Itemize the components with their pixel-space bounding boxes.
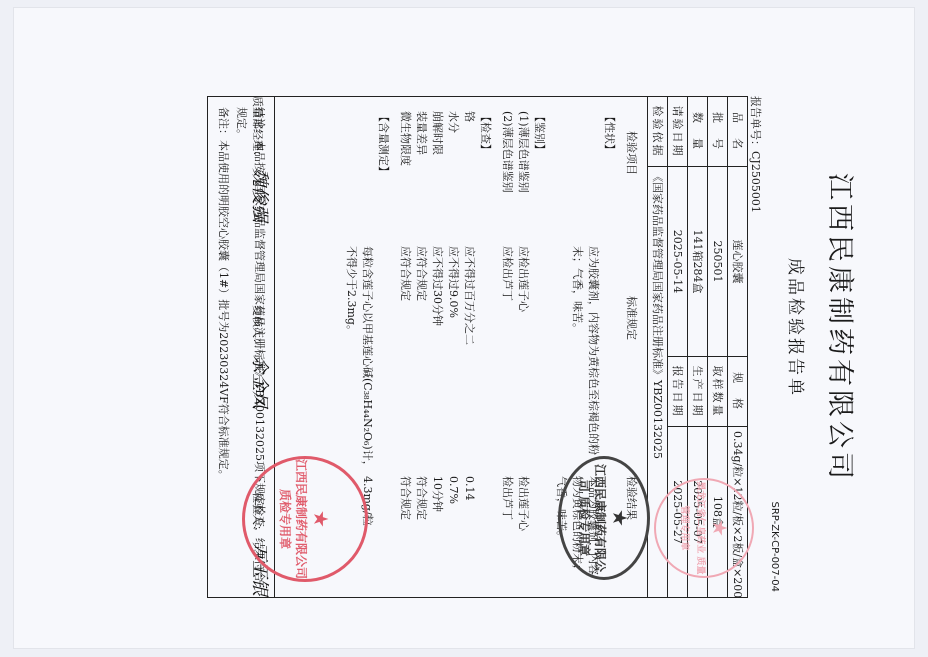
qa-manager-signature: 质量部经理：魏俊强 bbox=[248, 96, 274, 222]
item-name: 崩解时限 bbox=[429, 111, 445, 246]
item-name: (2)薄层色谱鉴别 bbox=[499, 111, 515, 246]
result-row: (2)薄层色谱鉴别 应检出芦丁 检出芦丁 bbox=[499, 97, 515, 597]
test-result: 检出莲子心 bbox=[515, 476, 531, 583]
pink-stamp: ★黑龙江省仁皇药业 质量管理专用章 bbox=[654, 478, 754, 578]
standard-requirement: 应为胶囊剂，内容物为黄棕色至棕褐色的粉末；气香，味苦。 bbox=[553, 246, 601, 476]
standard-requirement: 应符合规定 bbox=[413, 246, 429, 476]
result-row: 铬 应不得过百万分之二 0.14 bbox=[461, 97, 477, 597]
section-heading: 【检查】 bbox=[477, 97, 493, 597]
product-name: 莲心胶囊 bbox=[727, 167, 747, 357]
standard-requirement: 应不得过30分钟 bbox=[429, 246, 445, 476]
item-name: 微生物限度 bbox=[397, 111, 413, 246]
batch-number: 250501 bbox=[707, 167, 727, 357]
form-code: SRP-ZK-CP-007-04 bbox=[769, 501, 780, 592]
item-name: 装量差异 bbox=[413, 111, 429, 246]
standard-requirement: 应不得过百万分之二 bbox=[461, 246, 477, 476]
standard-requirement: 应不得过9.0% bbox=[445, 246, 461, 476]
inspection-report-sheet: 江西民康制药有限公司 成品检验报告单 SRP-ZK-CP-007-04 报告单号… bbox=[14, 8, 914, 648]
star-icon: ★ bbox=[708, 480, 732, 576]
result-row: 装量差异 应符合规定 符合规定 bbox=[413, 97, 429, 597]
remark-text: 备注：本品使用的明胶空心胶囊（1#）批号为20230324VF符合标准规定。 bbox=[214, 107, 232, 587]
test-result: 0.14 bbox=[461, 476, 477, 583]
result-row: 崩解时限 应不得过30分钟 10分钟 bbox=[429, 97, 445, 597]
test-result: 10分钟 bbox=[429, 476, 445, 583]
result-row: (1)薄层色谱鉴别 应检出莲子心 检出莲子心 bbox=[515, 97, 531, 597]
item-name bbox=[343, 111, 375, 246]
result-row: 水分 应不得过9.0% 0.7% bbox=[445, 97, 461, 597]
qc-stamp-red: ★江西民康制药有限公司 质检专用章 bbox=[242, 456, 368, 582]
company-name: 江西民康制药有限公司 bbox=[823, 8, 862, 648]
standard-requirement: 应检出芦丁 bbox=[499, 246, 515, 476]
qc-stamp-dark: ★江西民康制药有限公司 质检专用章 bbox=[558, 456, 650, 580]
standard-requirement: 每粒含莲子心以甲基莲心碱(C₃₈H₄₄N₂O₆)计，不得少于2.3mg。 bbox=[343, 246, 375, 476]
document-title: 成品检验报告单 bbox=[785, 8, 810, 648]
test-result: 检出芦丁 bbox=[499, 476, 515, 583]
item-name bbox=[553, 111, 601, 246]
item-name: 铬 bbox=[461, 111, 477, 246]
standard-requirement: 应检出莲子心 bbox=[515, 246, 531, 476]
section-heading: 【鉴别】 bbox=[531, 97, 547, 597]
test-result: 符合规定 bbox=[397, 476, 413, 583]
request-date: 2025-05-14 bbox=[667, 167, 687, 357]
result-row: 微生物限度 应符合规定 符合规定 bbox=[397, 97, 413, 597]
star-icon: ★ bbox=[608, 459, 632, 577]
item-name: (1)薄层色谱鉴别 bbox=[515, 111, 531, 246]
report-number: 报告单号：CJ2505001 bbox=[748, 96, 764, 213]
test-result: 0.7% bbox=[445, 476, 461, 583]
section-heading: 【含量测定】 bbox=[375, 97, 391, 597]
item-name: 水分 bbox=[445, 111, 461, 246]
standard-requirement: 应符合规定 bbox=[397, 246, 413, 476]
quantity: 141箱284盒 bbox=[687, 167, 707, 357]
star-icon: ★ bbox=[309, 459, 333, 579]
test-result: 符合规定 bbox=[413, 476, 429, 583]
reviewer-signature: 复核人：余金凤 bbox=[248, 305, 274, 409]
